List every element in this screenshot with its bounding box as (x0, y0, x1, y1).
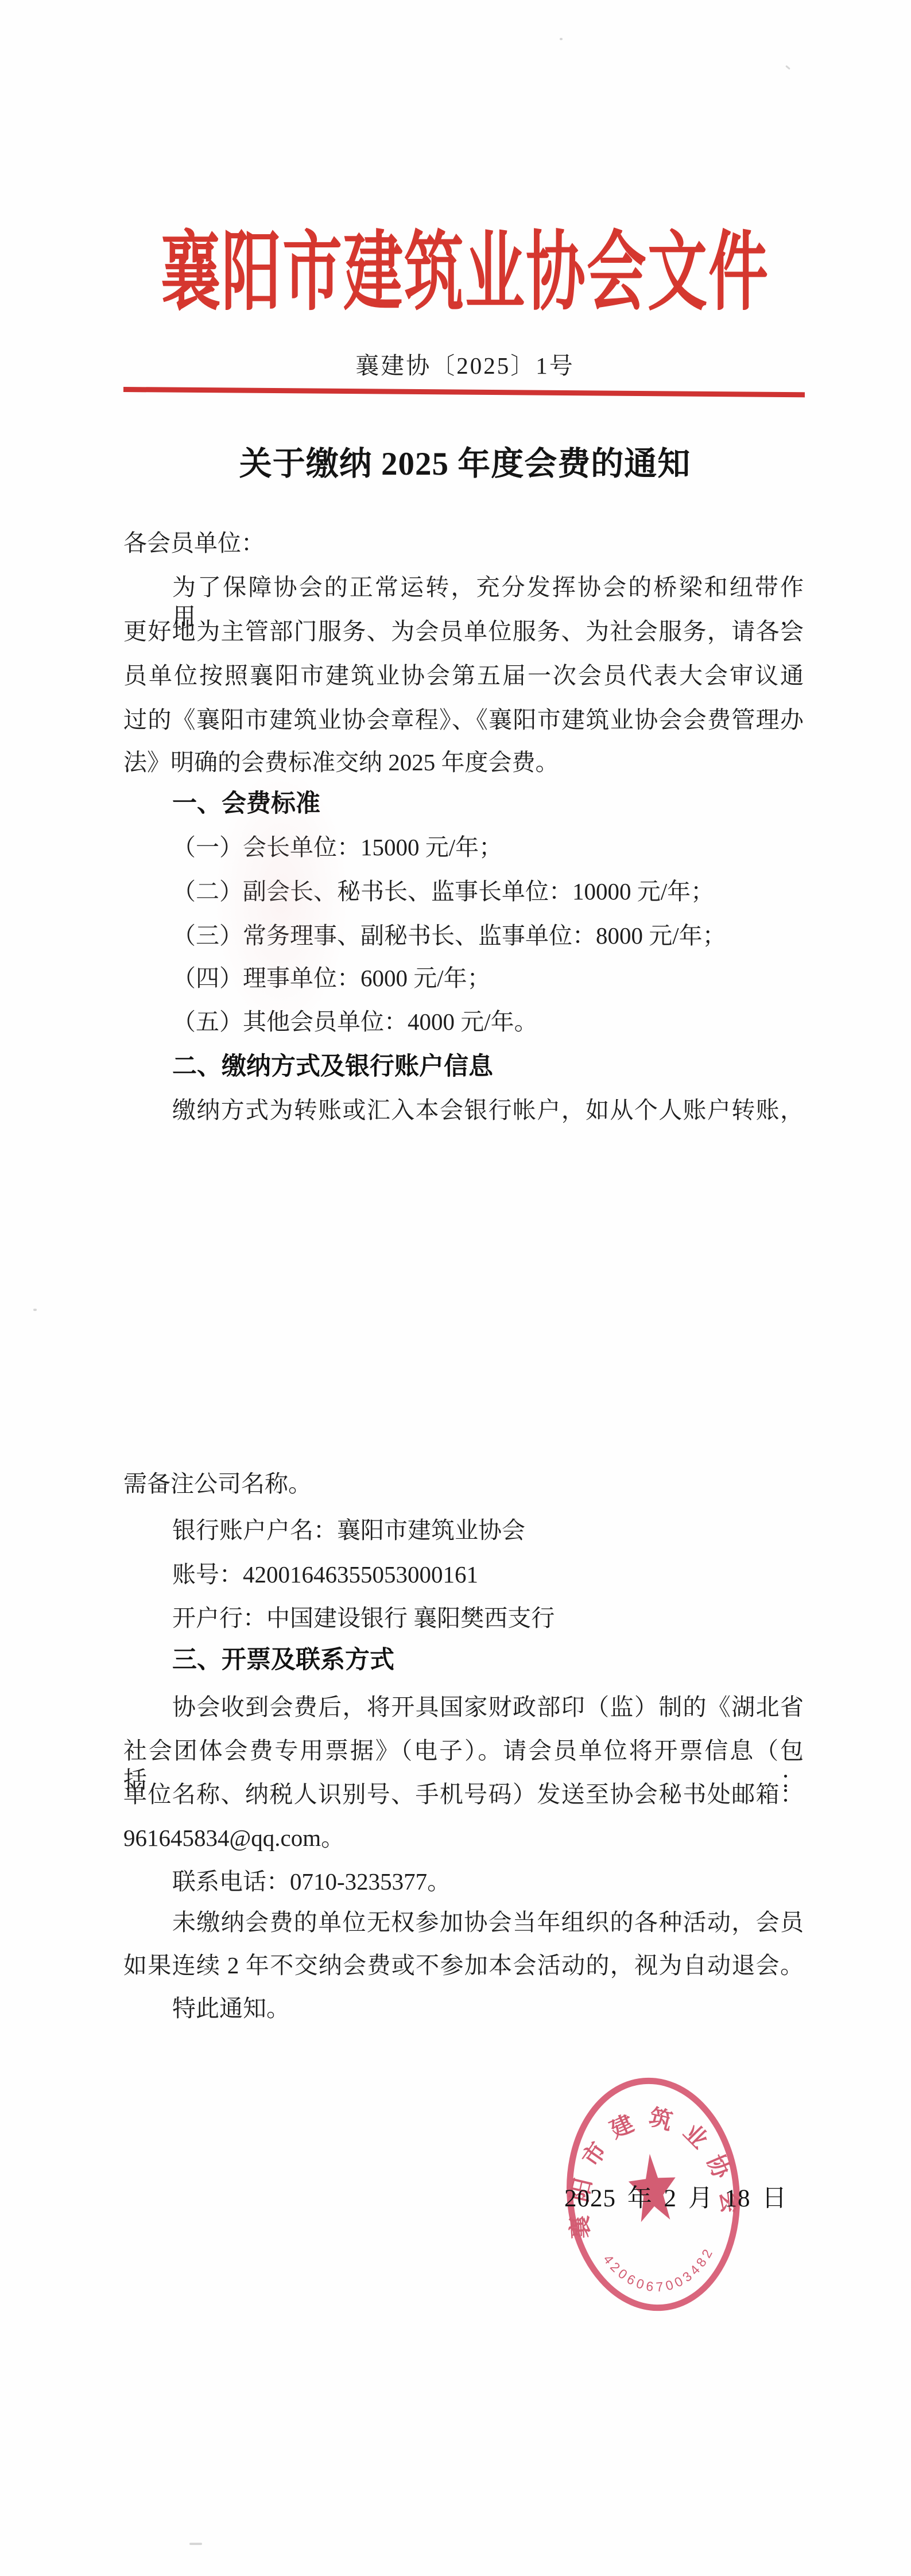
body-line: 账号：42001646355053000161 (172, 1560, 478, 1589)
scan-speck (33, 1309, 37, 1311)
scan-speck (189, 2543, 202, 2545)
body-line: 联系电话：0710-3235377。 (172, 1867, 451, 1896)
body-line: 过的《襄阳市建筑业协会章程》、《襄阳市建筑业协会会费管理办 (123, 705, 804, 735)
body-line: 员单位按照襄阳市建筑业协会第五届一次会员代表大会审议通 (123, 661, 804, 690)
scan-speck (785, 65, 790, 69)
body-line: 银行账户户名：襄阳市建筑业协会 (172, 1516, 525, 1545)
body-line: 如果连续 2 年不交纳会费或不参加本会活动的，视为自动退会。 (123, 1951, 804, 1980)
body-line: 961645834@qq.com。 (123, 1824, 344, 1853)
red-divider-line (123, 387, 805, 397)
notice-title: 关于缴纳 2025 年度会费的通知 (123, 437, 807, 484)
document-number: 襄建协〔2025〕1号 (123, 347, 807, 381)
scan-speck (560, 38, 563, 40)
body-line: 特此通知。 (172, 1994, 290, 2023)
body-line: 开户行：中国建设银行 襄阳樊西支行 (172, 1604, 555, 1633)
body-line: 单位名称、纳税人识别号、手机号码）发送至协会秘书处邮箱： (123, 1780, 804, 1809)
body-line: 未缴纳会费的单位无权参加协会当年组织的各种活动，会员 (172, 1908, 804, 1937)
issue-date: 2025 年 2 月 18 日 (564, 2179, 787, 2214)
document-page: 襄阳市建筑业协会文件 襄建协〔2025〕1号 关于缴纳 2025 年度会费的通知… (0, 0, 911, 2576)
body-line: 协会收到会费后，将开具国家财政部印（监）制的《湖北省 (172, 1693, 804, 1722)
body-line: 缴纳方式为转账或汇入本会银行帐户，如从个人账户转账， (172, 1096, 804, 1125)
scan-smudge (212, 763, 350, 1033)
section-heading: 三、开票及联系方式 (172, 1645, 394, 1676)
body-line: 更好地为主管部门服务、为会员单位服务、为社会服务，请各会 (123, 617, 804, 646)
body-line: 需备注公司名称。 (123, 1469, 312, 1499)
section-heading: 二、缴纳方式及银行账户信息 (172, 1052, 493, 1083)
document-header-title: 襄阳市建筑业协会文件 (123, 202, 807, 327)
body-line: 各会员单位： (123, 529, 265, 558)
